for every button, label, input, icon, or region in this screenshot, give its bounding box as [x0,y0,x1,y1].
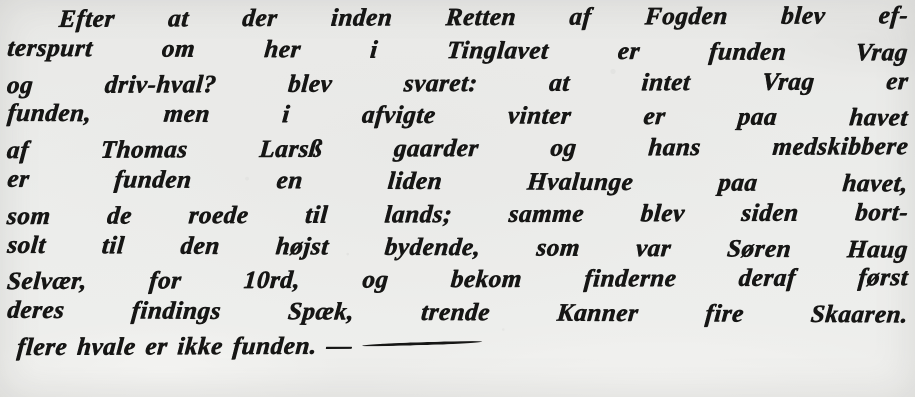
manuscript-line: funden, men i afvigte vinter er paa have… [6,98,910,136]
manuscript-line: Efter at der inden Retten af Fogden blev… [5,0,909,37]
manuscript-line: er funden en liden Hvalunge paa havet, [6,164,910,202]
manuscript-line-final: flere hvale er ikke funden. — [5,328,909,365]
manuscript-line: som de roede til lands; samme blev siden… [5,197,909,234]
manuscript-scan-page: Efter at der inden Retten af Fogden blev… [0,0,915,397]
manuscript-line: af Thomas Larsß gaarder og hans medskibb… [5,131,909,168]
manuscript-line: og driv-hval? blev svaret: at intet Vrag… [5,66,909,103]
manuscript-text-block: Efter at der inden Retten af Fogden blev… [7,2,908,363]
manuscript-line: deres findings Spæk, trende Kanner fire … [6,295,910,333]
manuscript-line: Selvær, for 10rd, og bekom finderne dera… [5,262,909,299]
manuscript-line: solt til den højst bydende, som var Søre… [6,229,910,267]
manuscript-line: terspurt om her i Tinglavet er funden Vr… [6,32,910,70]
